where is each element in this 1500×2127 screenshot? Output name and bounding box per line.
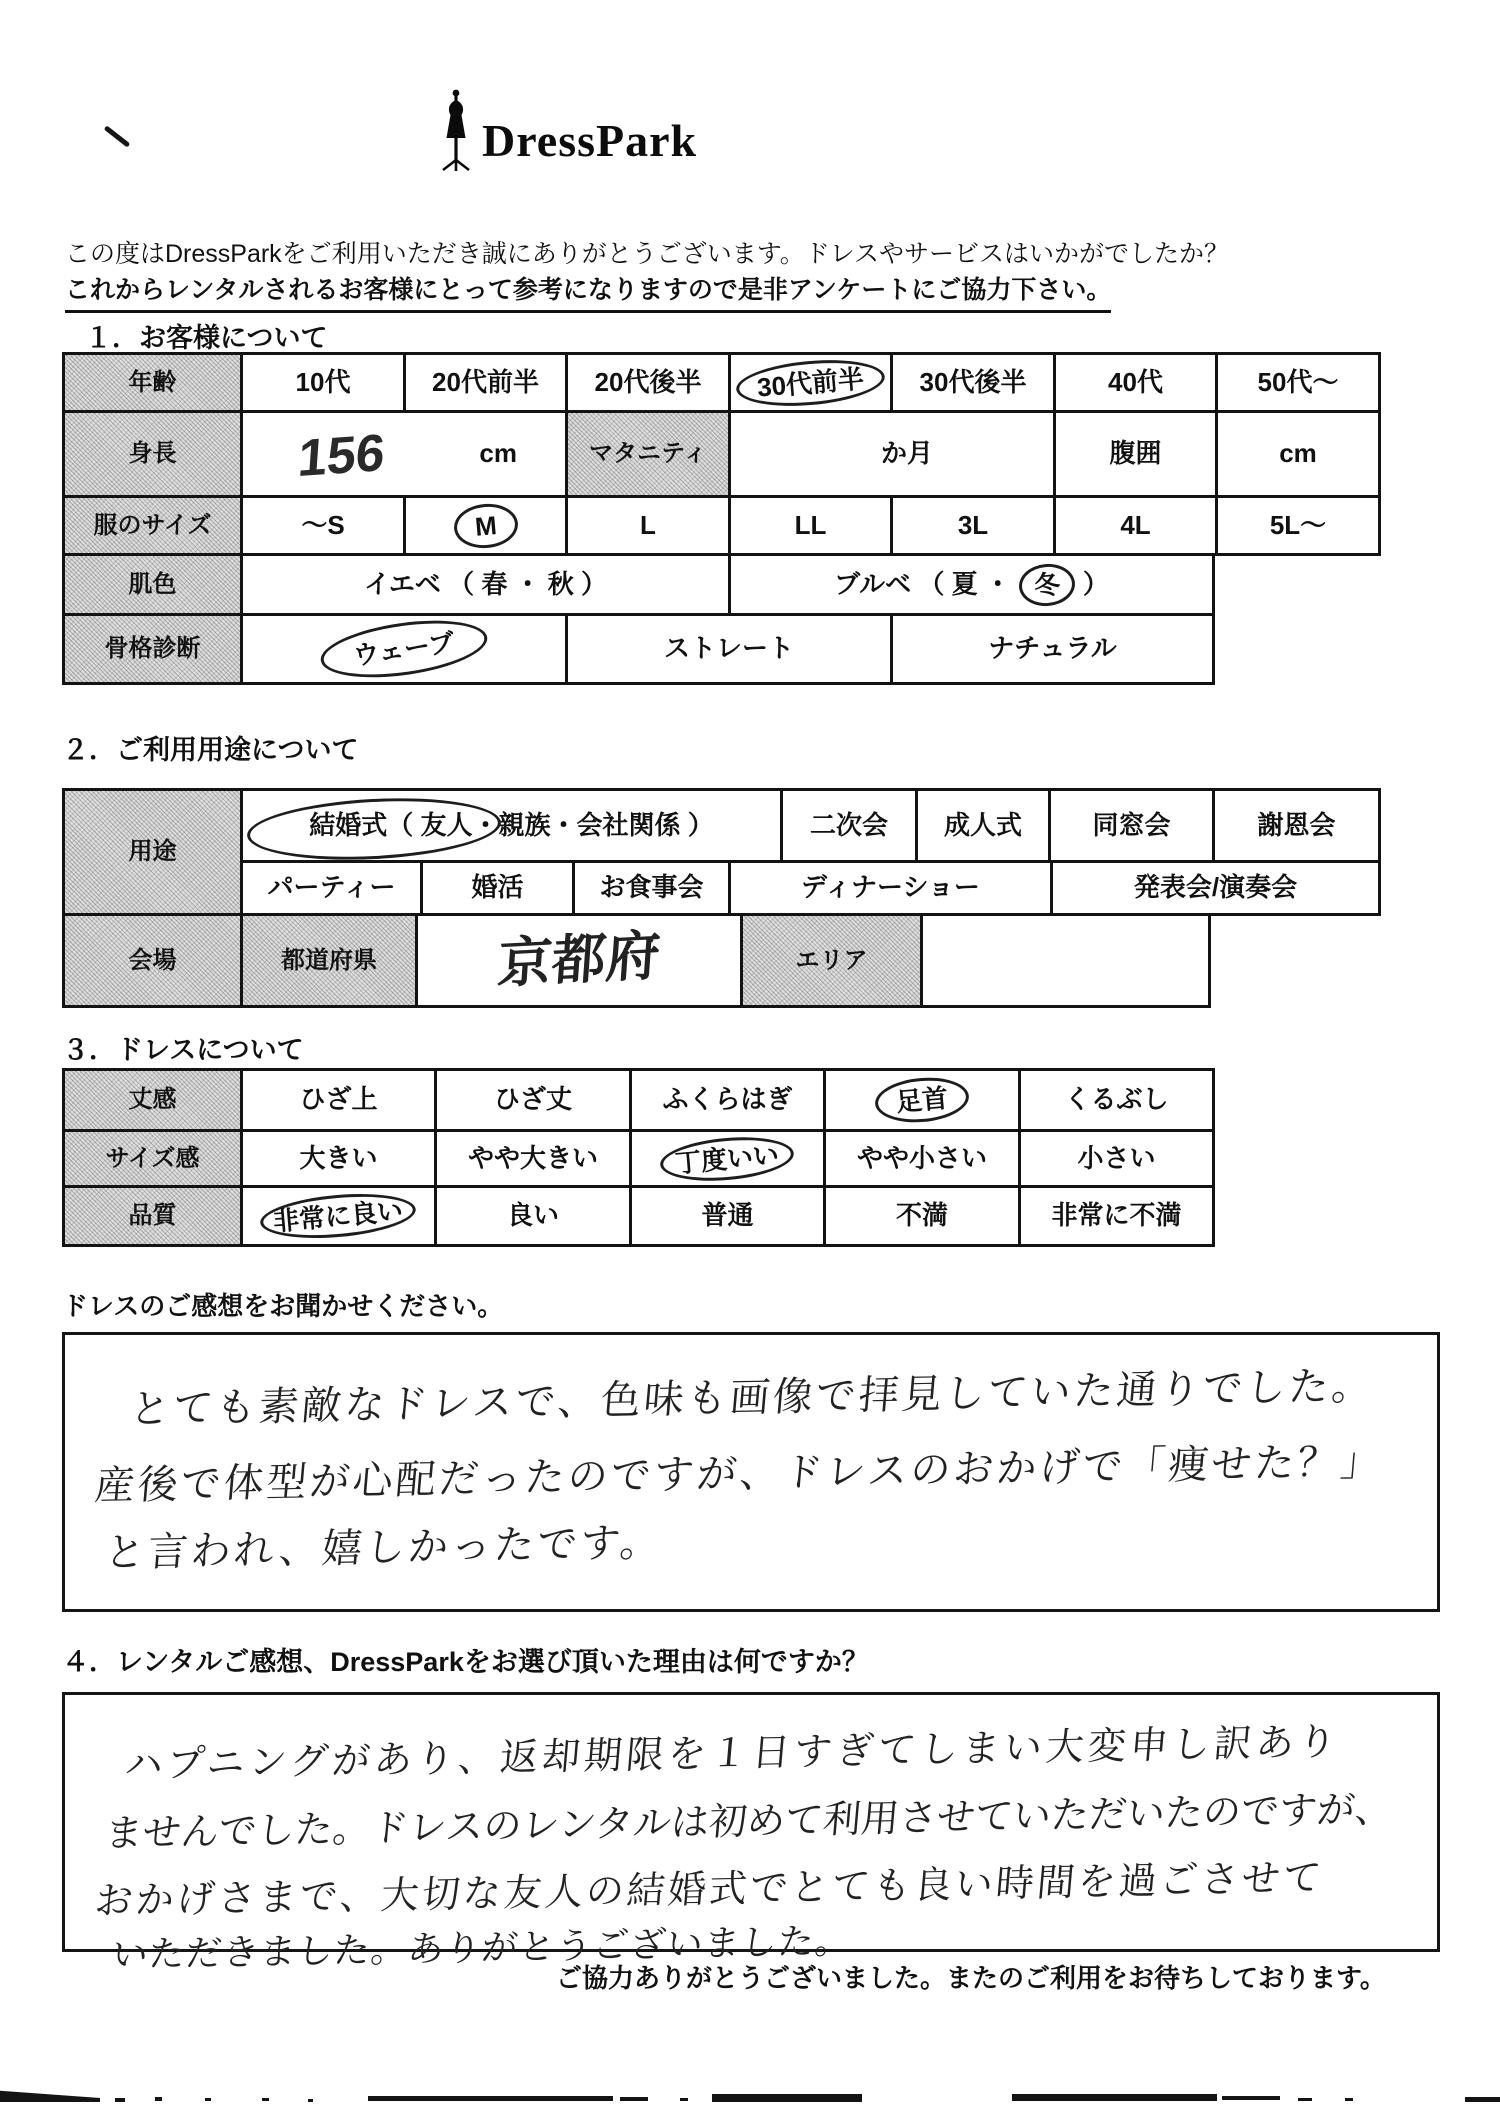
length-option-calf: ふくらはぎ <box>629 1068 826 1132</box>
height-handwritten-value: 156 <box>296 424 387 490</box>
fit-option-slightly-small: やや小さい <box>823 1129 1021 1188</box>
fit-header: サイズ感 <box>62 1129 243 1188</box>
size-option-s: 〜S <box>240 495 406 556</box>
area-label: エリア <box>740 913 923 1008</box>
maternity-label: マタニティ <box>565 410 731 498</box>
scan-artifact <box>0 2086 100 2102</box>
venue-header: 会場 <box>62 913 243 1008</box>
intro-line-2: これからレンタルされるお客様にとって参考になりますので是非アンケートにご協力下さ… <box>65 270 1111 313</box>
age-option-30s-early-selected: 30代前半 <box>728 352 893 413</box>
quality-option-very-good-selected: 非常に良い <box>240 1185 437 1247</box>
closing-text: ご協力ありがとうございました。またのご利用をお待ちしております。 <box>556 1958 1386 1995</box>
fit-option-slightly-large: やや大きい <box>434 1129 632 1188</box>
skin-header: 肌色 <box>62 553 243 616</box>
length-option-above-knee: ひざ上 <box>240 1068 437 1132</box>
age-option-20s-late: 20代後半 <box>565 352 731 413</box>
purpose-option-dinner-party: お食事会 <box>572 860 731 916</box>
section4-title: ４．レンタルご感想、DressParkをお選び頂いた理由は何ですか？ <box>62 1640 869 1679</box>
skeleton-option-natural: ナチュラル <box>890 613 1215 685</box>
dress-feedback-line: と言われ、嬉しかったです。 <box>103 1511 666 1579</box>
size-option-l: L <box>565 495 731 556</box>
size-option-4l: 4L <box>1053 495 1218 556</box>
height-unit-label: cm <box>479 439 517 469</box>
purpose-option-konkatsu: 婚活 <box>420 860 575 916</box>
waist-label: 腹囲 <box>1053 410 1218 498</box>
scan-artifact <box>620 2097 648 2101</box>
handwritten-circle: 丁度いい <box>659 1132 796 1186</box>
section3-title: ３．ドレスについて <box>62 1028 304 1067</box>
age-header: 年齢 <box>62 352 243 413</box>
dress-feedback-prompt: ドレスのご感想をお聞かせください。 <box>62 1286 503 1323</box>
age-option-20s-early: 20代前半 <box>403 352 568 413</box>
scan-artifact <box>712 2094 862 2102</box>
section2-title: ２．ご利用用途について <box>62 728 358 767</box>
length-option-ankle-selected: 足首 <box>823 1068 1021 1132</box>
dress-mannequin-icon <box>438 88 474 177</box>
size-option-3l: 3L <box>890 495 1056 556</box>
length-header: 丈感 <box>62 1068 243 1132</box>
logo: DressPark <box>438 88 697 177</box>
waist-unit-label: cm <box>1215 410 1381 498</box>
quality-option-normal: 普通 <box>629 1185 826 1247</box>
scan-artifact <box>1298 2098 1312 2101</box>
scan-artifact <box>1012 2094 1217 2101</box>
age-option-50s: 50代〜 <box>1215 352 1381 413</box>
scan-artifact <box>1222 2096 1280 2100</box>
scan-artifact <box>368 2096 613 2101</box>
scan-artifact <box>115 2098 125 2102</box>
skin-option-yellow-base: イエベ （ 春 ・ 秋 ） <box>240 553 731 616</box>
handwritten-circle: 冬 <box>1017 561 1076 608</box>
scan-artifact <box>155 2097 162 2101</box>
purpose-option-thanks-party: 謝恩会 <box>1212 788 1381 863</box>
size-header: 服のサイズ <box>62 495 243 556</box>
quality-option-very-unsatisfied: 非常に不満 <box>1018 1185 1215 1247</box>
quality-header: 品質 <box>62 1185 243 1247</box>
age-option-30s-late: 30代後半 <box>890 352 1056 413</box>
scan-artifact <box>1345 2098 1353 2101</box>
scan-artifact <box>680 2098 688 2101</box>
skin-option-blue-base: ブルベ （ 夏 ・ 冬 ） <box>728 553 1215 616</box>
purpose-header: 用途 <box>62 788 243 916</box>
prefecture-value-cell: 京都府 <box>415 913 743 1008</box>
length-option-anklebone: くるぶし <box>1018 1068 1215 1132</box>
purpose-option-afterparty: 二次会 <box>780 788 918 863</box>
handwritten-circle: 非常に良い <box>259 1188 418 1243</box>
prefecture-handwritten-value: 京都府 <box>496 925 662 996</box>
handwritten-circle: 足首 <box>873 1074 970 1126</box>
purpose-option-reunion: 同窓会 <box>1048 788 1215 863</box>
age-option-10s: 10代 <box>240 352 406 413</box>
quality-option-good: 良い <box>434 1185 632 1247</box>
scan-artifact <box>1465 2097 1500 2102</box>
purpose-option-party: パーティー <box>240 860 423 916</box>
handwritten-circle: ウェーブ <box>317 612 490 687</box>
size-option-m-selected: M <box>403 495 568 556</box>
scan-artifact <box>262 2098 269 2101</box>
fit-option-just-right-selected: 丁度いい <box>629 1129 826 1188</box>
section1-title: １．お客様について <box>85 316 327 355</box>
purpose-option-dinner-show: ディナーショー <box>728 860 1053 916</box>
brand-name: DressPark <box>482 114 697 167</box>
purpose-option-wedding-selected: 結婚式（ 友人・親族・会社関係 ） <box>240 788 783 863</box>
size-option-5l: 5L〜 <box>1215 495 1381 556</box>
survey-page: DressPark この度はDressParkをご利用いただき誠にありがとうござ… <box>0 0 1500 2127</box>
pen-mark <box>104 125 131 147</box>
maternity-months-cell: か月 <box>728 410 1056 498</box>
scan-artifact <box>308 2099 313 2102</box>
fit-option-large: 大きい <box>240 1129 437 1188</box>
skeleton-option-straight: ストレート <box>565 613 893 685</box>
purpose-option-coming-of-age: 成人式 <box>915 788 1051 863</box>
purpose-option-recital: 発表会/演奏会 <box>1050 860 1381 916</box>
intro-line-1: この度はDressParkをご利用いただき誠にありがとうございます。ドレスやサー… <box>65 234 1229 270</box>
area-value-cell <box>920 913 1211 1008</box>
handwritten-circle: 30代前半 <box>734 354 886 411</box>
size-option-ll: LL <box>728 495 893 556</box>
handwritten-circle: M <box>452 501 519 550</box>
age-option-40s: 40代 <box>1053 352 1218 413</box>
skeleton-option-wave-selected: ウェーブ <box>240 613 568 685</box>
skeleton-header: 骨格診断 <box>62 613 243 685</box>
height-header: 身長 <box>62 410 243 498</box>
scan-artifact <box>205 2098 211 2101</box>
quality-option-unsatisfied: 不満 <box>823 1185 1021 1247</box>
length-option-knee: ひざ丈 <box>434 1068 632 1132</box>
prefecture-label: 都道府県 <box>240 913 418 1008</box>
fit-option-small: 小さい <box>1018 1129 1215 1188</box>
height-value-cell: 156 cm <box>240 410 568 498</box>
